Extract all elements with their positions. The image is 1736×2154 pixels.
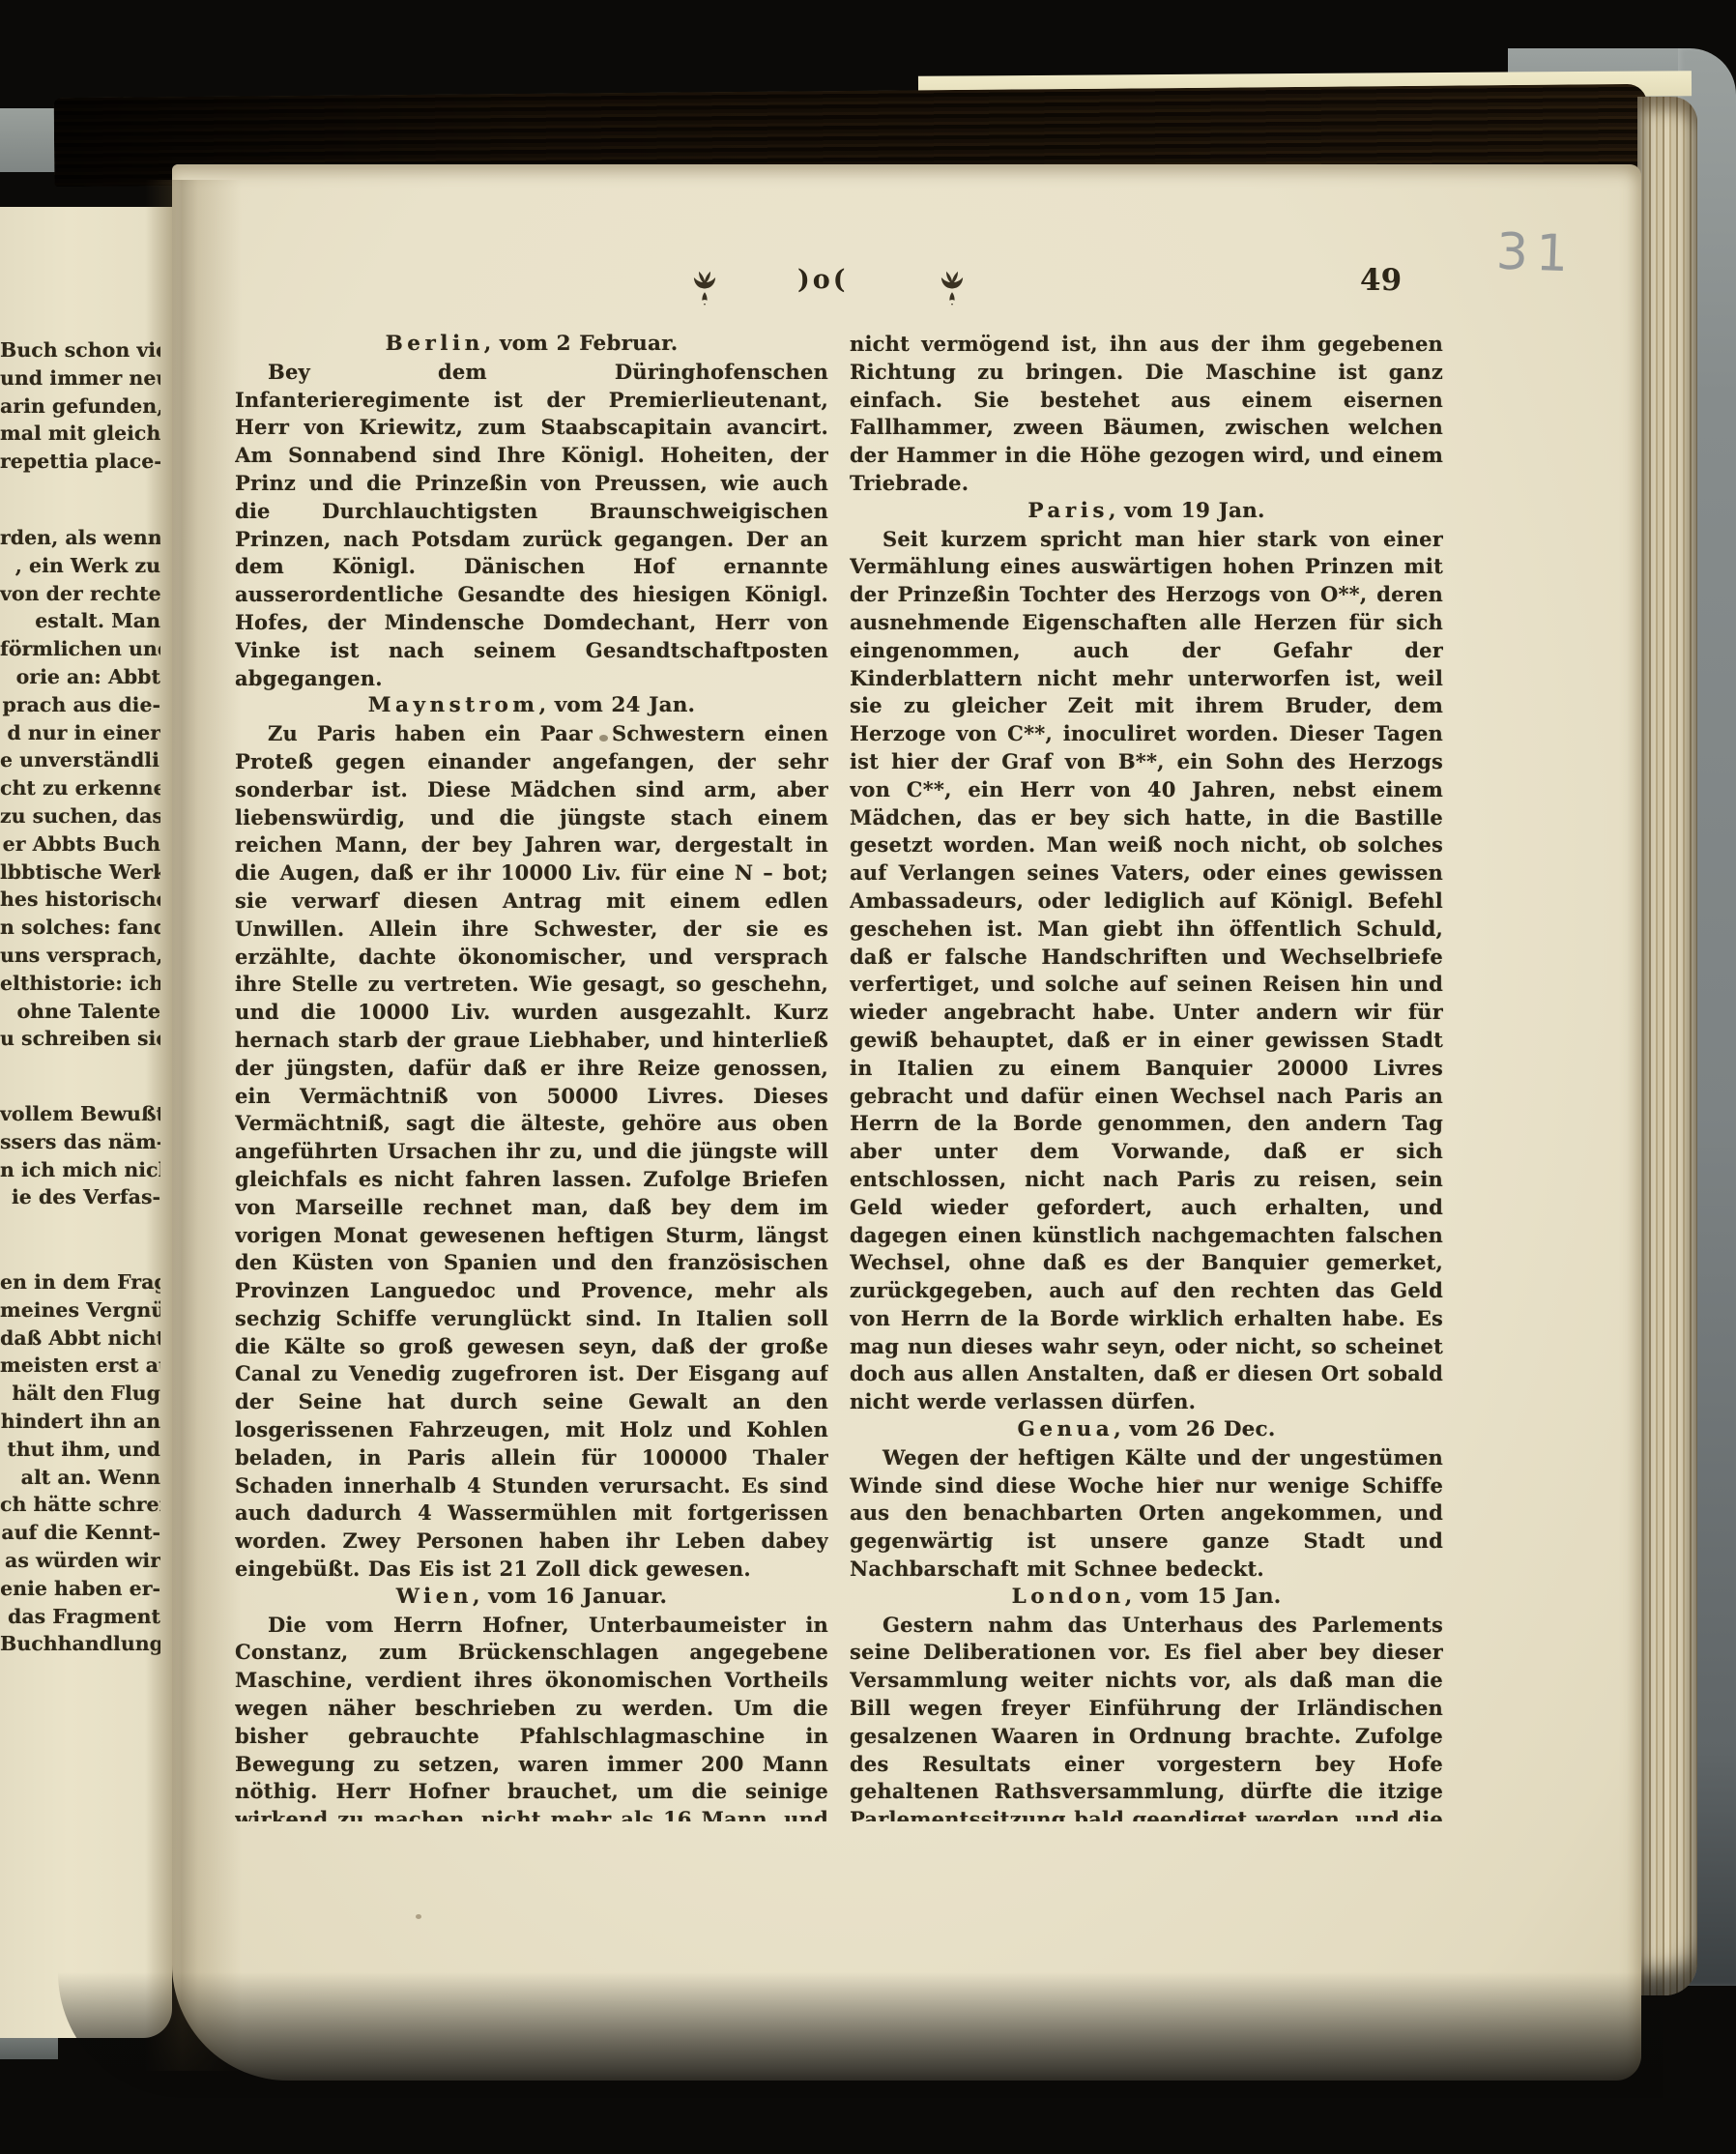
margin-fragment-line: meines Vergnü- (0, 1296, 160, 1324)
margin-fragment-line: Buch schon vier- (0, 336, 160, 364)
margin-fragment-line: und immer neue (0, 364, 160, 393)
margin-fragment-line: as würden wir (0, 1547, 160, 1575)
dateline-heading: Genua, vom 26 Dec. (850, 1416, 1443, 1444)
news-paragraph: Seit kurzem spricht man hier stark von e… (850, 526, 1443, 1417)
margin-fragment-line: auf die Kennt- (0, 1519, 160, 1547)
margin-fragment-line: prach aus die- (0, 691, 160, 719)
margin-fragment-group: Buch schon vier-und immer neuearin gefun… (0, 336, 160, 476)
margin-fragment-line: d nur in einer (0, 719, 160, 747)
pencil-folio-number: 31 (1495, 223, 1577, 284)
news-paragraph: Bey dem Düringhofenschen Infanterieregim… (235, 359, 828, 693)
shell-fleuron-icon (687, 269, 722, 306)
margin-fragment-line: e unverständli- (0, 746, 160, 774)
margin-fragment-line: ie des Verfas- (0, 1183, 160, 1211)
margin-fragment-line: hes historisches (0, 886, 160, 914)
margin-fragment-line: lbbtische Werk, (0, 859, 160, 887)
dateline-heading: Wien, vom 16 Januar. (235, 1584, 828, 1612)
margin-fragment-line: estalt. Man (0, 607, 160, 635)
margin-fragment-line: förmlichen und (0, 635, 160, 663)
page-stack-fore-edge (1637, 97, 1697, 1995)
margin-fragment-group: en in dem Frag-meines Vergnü-daß Abbt ni… (0, 1268, 160, 1658)
dateline-date: , vom 16 Januar. (473, 1585, 667, 1609)
margin-fragment-line: en in dem Frag- (0, 1268, 160, 1296)
margin-fragment-line: alt an. Wenn (0, 1464, 160, 1492)
text-column-right: nicht vermögend ist, ihn aus der ihm geg… (850, 331, 1443, 1821)
margin-fragment-line: rden, als wenn (0, 524, 160, 552)
dateline-heading: London, vom 15 Jan. (850, 1584, 1443, 1612)
page-header: )o( 49 (235, 263, 1441, 313)
news-paragraph: Die vom Herrn Hofner, Unterbaumeister in… (235, 1612, 828, 1821)
margin-fragment-line: vollem Bewußt- (0, 1100, 160, 1128)
dateline-heading: Maynstrom, vom 24 Jan. (235, 692, 828, 720)
margin-fragment-line: ohne Talente (0, 998, 160, 1026)
margin-fragment-line: u schreiben sich (0, 1025, 160, 1053)
bottom-page-curl-shadow (58, 1972, 1663, 2098)
dateline-place: Genua (1017, 1417, 1114, 1441)
margin-fragment-line: thut ihm, und (0, 1436, 160, 1464)
margin-fragment-line: meisten erst aus (0, 1352, 160, 1380)
scanned-book-page: Buch schon vier-und immer neuearin gefun… (0, 0, 1736, 2154)
margin-fragment-line: ssers das näm- (0, 1128, 160, 1156)
margin-fragment-line: elthistorie: ich (0, 970, 160, 998)
dateline-place: Berlin (386, 332, 484, 356)
margin-fragment-line: Buchhandlung (0, 1630, 160, 1658)
dateline-date: , vom 26 Dec. (1114, 1417, 1275, 1441)
margin-fragment-line: ch hätte schrei- (0, 1491, 160, 1519)
margin-fragment-line: cht zu erkennen. (0, 774, 160, 802)
margin-fragment-line: er Abbts Buch (0, 830, 160, 859)
dateline-place: Paris (1027, 499, 1109, 523)
signature-mark: )o( (797, 265, 849, 295)
margin-fragment-line: orie an: Abbt (0, 663, 160, 691)
margin-fragment-line: hält den Flug (0, 1380, 160, 1408)
news-paragraph: Zu Paris haben ein Paar Schwestern einen… (235, 720, 828, 1584)
dateline-heading: Paris, vom 19 Jan. (850, 498, 1443, 526)
margin-fragment-line: arin gefunden, (0, 393, 160, 421)
dateline-date: , vom 24 Jan. (539, 693, 696, 717)
news-paragraph: Gestern nahm das Unterhaus des Parlement… (850, 1612, 1443, 1821)
margin-fragment-line: enie haben er- (0, 1575, 160, 1603)
margin-fragment-line: n ich mich nicht (0, 1156, 160, 1184)
dateline-date: , vom 2 Februar. (484, 332, 679, 356)
margin-fragment-line: daß Abbt nicht (0, 1324, 160, 1353)
margin-fragment-line: hindert ihn an (0, 1408, 160, 1436)
dateline-date: , vom 19 Jan. (1109, 499, 1265, 523)
dateline-date: , vom 15 Jan. (1125, 1585, 1282, 1609)
dateline-place: London (1012, 1585, 1125, 1609)
news-paragraph: nicht vermögend ist, ihn aus der ihm geg… (850, 331, 1443, 498)
margin-fragment-line: n solches: fand (0, 914, 160, 942)
margin-fragment-line: repettia place- (0, 448, 160, 476)
dateline-heading: Berlin, vom 2 Februar. (235, 331, 828, 359)
margin-fragment-line: von der rechten (0, 580, 160, 608)
margin-fragment-group: vollem Bewußt-ssers das näm-n ich mich n… (0, 1100, 160, 1211)
margin-fragment-line: mal mit gleich (0, 420, 160, 448)
dateline-place: Maynstrom (368, 693, 539, 717)
dateline-place: Wien (396, 1585, 473, 1609)
paper-speck (416, 1914, 421, 1919)
margin-fragment-line: das Fragment (0, 1603, 160, 1631)
news-paragraph: Wegen der heftigen Kälte und der ungestü… (850, 1444, 1443, 1584)
margin-fragment-line: , ein Werk zu (0, 552, 160, 580)
margin-fragment-line: zu suchen, das (0, 802, 160, 830)
margin-fragment-line: uns versprach, (0, 942, 160, 970)
margin-fragment-group: rden, als wenn, ein Werk zuvon der recht… (0, 524, 160, 1053)
shell-fleuron-icon (935, 269, 969, 306)
text-column-left: Berlin, vom 2 Februar.Bey dem Düringhofe… (235, 331, 828, 1821)
page-number: 49 (1360, 263, 1402, 298)
